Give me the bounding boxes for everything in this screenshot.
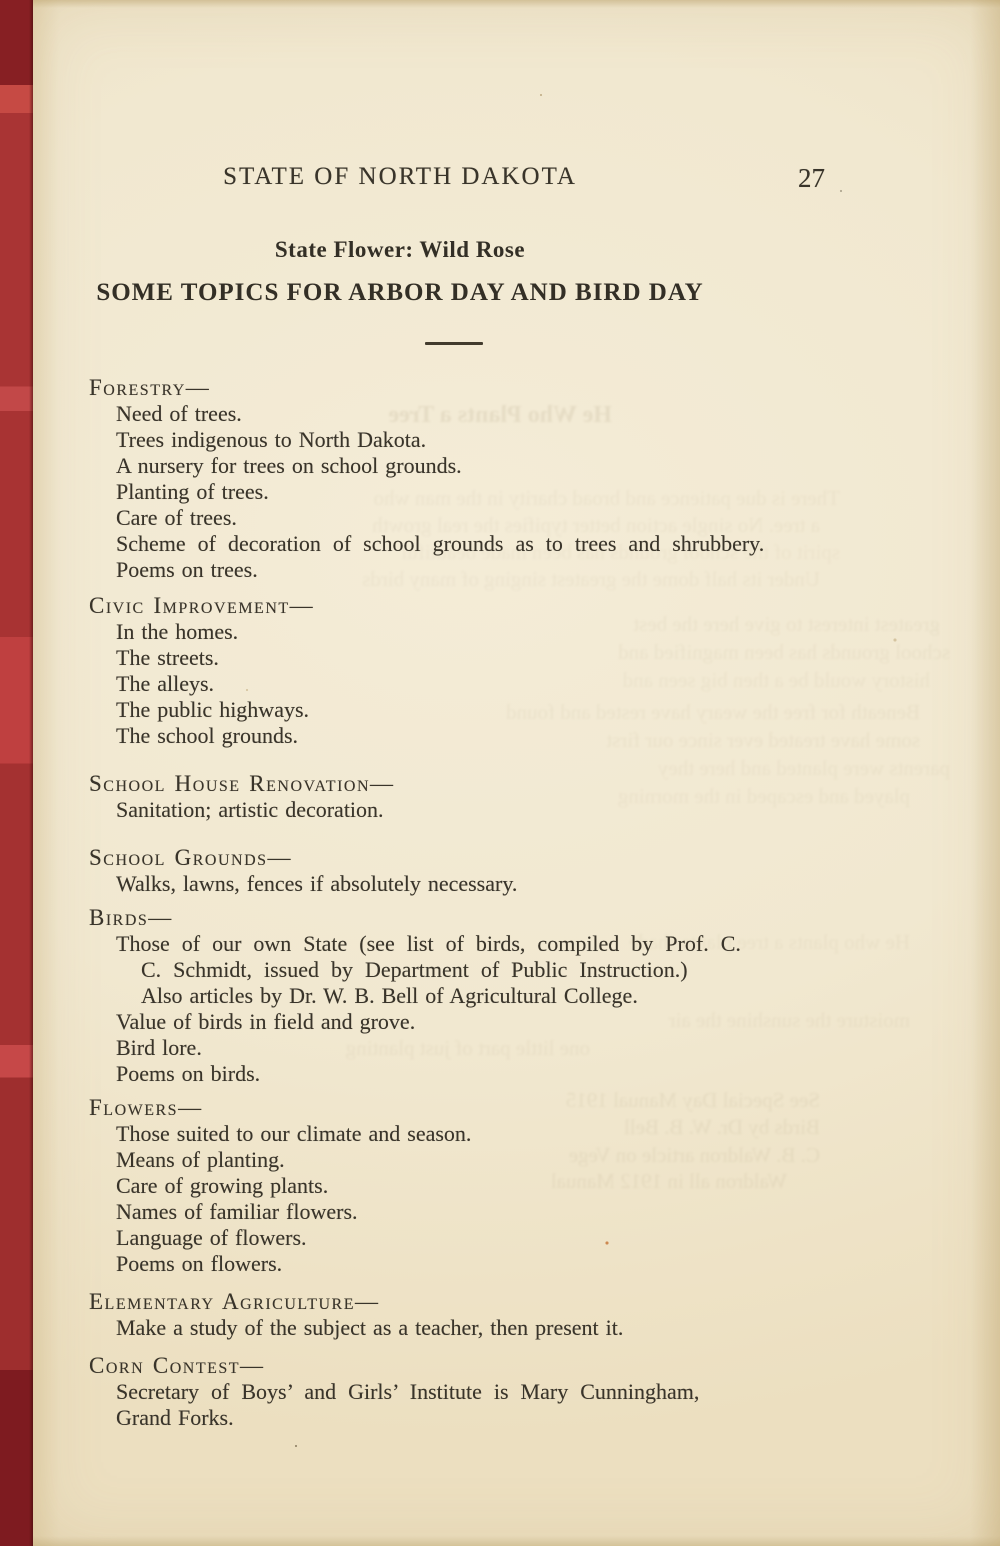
section-item: Language of flowers. xyxy=(89,1225,969,1251)
section-item: Sanitation; artistic decoration. xyxy=(89,797,969,823)
section-item: Poems on flowers. xyxy=(89,1251,969,1277)
section-item: Names of familiar flowers. xyxy=(89,1199,969,1225)
topic-section: School House Renovation—Sanitation; arti… xyxy=(89,771,969,823)
section-item: Scheme of decoration of school grounds a… xyxy=(89,531,969,557)
section-item: Poems on birds. xyxy=(89,1061,969,1087)
page-paper: He Who Plants a TreeThere is due patienc… xyxy=(33,0,1000,1546)
section-item: Grand Forks. xyxy=(89,1405,969,1431)
section-item: Means of planting. xyxy=(89,1147,969,1173)
main-title: SOME TOPICS FOR ARBOR DAY AND BIRD DAY xyxy=(33,279,767,307)
divider-rule xyxy=(425,342,483,345)
section-item: Care of growing plants. xyxy=(89,1173,969,1199)
section-item: The streets. xyxy=(89,645,969,671)
section-item: The school grounds. xyxy=(89,723,969,749)
section-heading: Civic Improvement— xyxy=(89,593,969,619)
scanned-book-page: He Who Plants a TreeThere is due patienc… xyxy=(0,0,1000,1546)
topic-section: Elementary Agriculture—Make a study of t… xyxy=(89,1289,969,1341)
section-heading: Corn Contest— xyxy=(89,1353,969,1379)
section-item: Value of birds in field and grove. xyxy=(89,1009,969,1035)
section-item: Poems on trees. xyxy=(89,557,969,583)
section-heading: School Grounds— xyxy=(89,845,969,871)
section-item: A nursery for trees on school grounds. xyxy=(89,453,969,479)
topics-body: Forestry—Need of trees.Trees indigenous … xyxy=(89,375,969,1431)
page-number: 27 xyxy=(798,163,825,194)
section-item: Those of our own State (see list of bird… xyxy=(89,931,969,957)
section-item: The alleys. xyxy=(89,671,969,697)
section-item: Make a study of the subject as a teacher… xyxy=(89,1315,969,1341)
section-item: Also articles by Dr. W. B. Bell of Agric… xyxy=(89,983,969,1009)
topic-section: Flowers—Those suited to our climate and … xyxy=(89,1095,969,1277)
section-item: Walks, lawns, fences if absolutely neces… xyxy=(89,871,969,897)
topic-section: Birds—Those of our own State (see list o… xyxy=(89,905,969,1087)
topic-section: School Grounds—Walks, lawns, fences if a… xyxy=(89,845,969,897)
section-item: Need of trees. xyxy=(89,401,969,427)
topic-section: Civic Improvement—In the homes.The stree… xyxy=(89,593,969,749)
section-item: Trees indigenous to North Dakota. xyxy=(89,427,969,453)
section-item: Those suited to our climate and season. xyxy=(89,1121,969,1147)
section-item: The public highways. xyxy=(89,697,969,723)
section-heading: Flowers— xyxy=(89,1095,969,1121)
topic-section: Forestry—Need of trees.Trees indigenous … xyxy=(89,375,969,583)
page-header: STATE OF NORTH DAKOTA 27 xyxy=(33,163,1000,197)
section-heading: Birds— xyxy=(89,905,969,931)
topic-section: Corn Contest—Secretary of Boys’ and Girl… xyxy=(89,1353,969,1431)
section-item: C. Schmidt, issued by Department of Publ… xyxy=(89,957,969,983)
running-head-title: STATE OF NORTH DAKOTA xyxy=(33,163,767,191)
section-heading: School House Renovation— xyxy=(89,771,969,797)
section-item: Secretary of Boys’ and Girls’ Institute … xyxy=(89,1379,969,1405)
section-heading: Forestry— xyxy=(89,375,969,401)
state-flower-subtitle: State Flower: Wild Rose xyxy=(33,237,767,263)
book-binding-edge xyxy=(0,0,33,1546)
section-item: Bird lore. xyxy=(89,1035,969,1061)
section-item: Planting of trees. xyxy=(89,479,969,505)
section-heading: Elementary Agriculture— xyxy=(89,1289,969,1315)
section-item: Care of trees. xyxy=(89,505,969,531)
section-item: In the homes. xyxy=(89,619,969,645)
